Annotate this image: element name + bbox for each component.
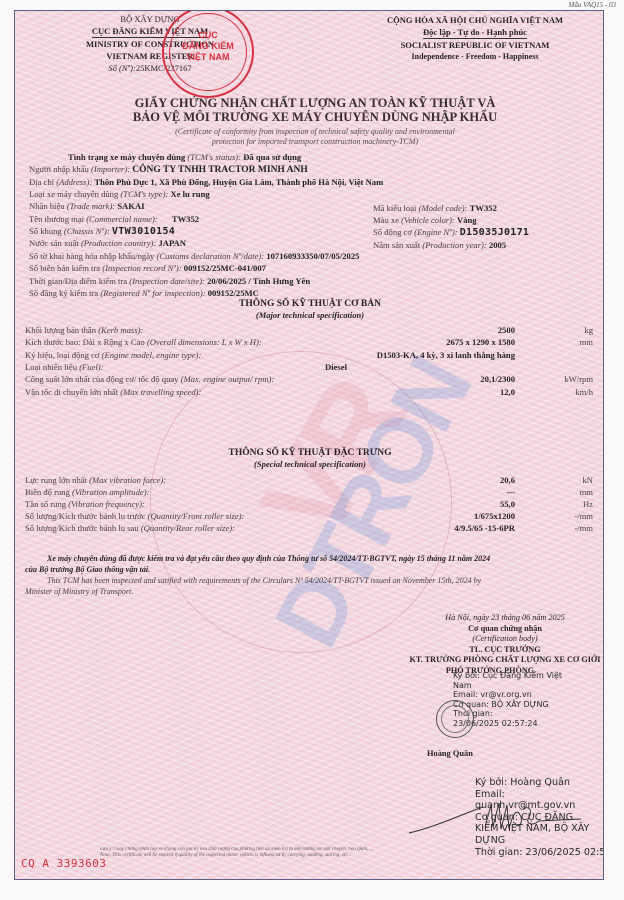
- seal-text-2: ĐĂNG KIỂM: [180, 41, 236, 52]
- field-status: Tình trạng xe máy chuyên dùng (TCM's sta…: [68, 151, 301, 163]
- spec-unit: mm: [543, 336, 593, 348]
- field-label-en: (Trade mark):: [67, 201, 115, 211]
- field-value: 009152/25MC: [208, 288, 259, 298]
- special-spec-subtitle: (Special technical specification): [15, 459, 604, 470]
- field-label-en: (TCM's type):: [120, 189, 168, 199]
- field-label-en: (Engine Nº):: [414, 227, 457, 237]
- spec-unit: Hz: [543, 498, 593, 510]
- field-production-year: Năm sản xuất (Production year): 2005: [373, 239, 506, 251]
- spec-row: Lực rung lớn nhất (Max vibration force):…: [25, 474, 595, 486]
- field-label: Màu xe: [373, 215, 399, 225]
- field-engine-number: Số động cơ (Engine Nº): D15035J0171: [373, 226, 529, 239]
- agency-seal-stamp: [436, 700, 474, 738]
- spec-row: Khối lượng bản thân (Kerb mass):2500kg: [25, 324, 595, 336]
- field-value: CÔNG TY TNHH TRACTOR MINH ANH: [132, 165, 308, 175]
- field-commercial-name: Tên thương mại (Commercial name): TW352: [29, 213, 199, 225]
- seal-text-1: CỤC: [180, 30, 236, 41]
- national-header: CỘNG HÒA XÃ HỘI CHỦ NGHĨA VIỆT NAM Độc l…: [345, 14, 604, 63]
- field-value: SAKAI: [117, 201, 144, 211]
- certificate-number-label: Số (Nº):: [108, 63, 135, 73]
- spec-value: Diesel: [325, 361, 347, 373]
- spec-label: Công suất lớn nhất của động cơ/ tốc độ q…: [25, 373, 274, 385]
- spec-label: Ký hiệu, loại động cơ (Engine model, eng…: [25, 349, 201, 361]
- note-vi-line-1: Xe máy chuyên dùng đã được kiểm tra và đ…: [25, 554, 585, 565]
- field-label: Số đăng ký kiểm tra: [29, 288, 98, 298]
- note-en-line-1: This TCM has been inspected and satified…: [25, 576, 585, 587]
- spec-label: Tần số rung (Vibration frequency):: [25, 498, 145, 510]
- spec-value: 4/9.5/65 -15-6PR: [454, 522, 515, 534]
- spec-value: 2675 x 1290 x 1580: [446, 336, 515, 348]
- field-label: Loại xe máy chuyên dùng: [29, 189, 118, 199]
- red-seal-stamp: CỤC ĐĂNG KIỂM VIỆT NAM: [162, 10, 254, 98]
- compliance-note-en: This TCM has been inspected and satified…: [25, 576, 585, 597]
- field-value: 20/06/2025 / Tỉnh Hưng Yên: [207, 276, 310, 286]
- field-vehicle-color: Màu xe (Vehicle color): Vàng: [373, 214, 477, 226]
- spec-unit: kg: [543, 324, 593, 336]
- field-label: Tên thương mại: [29, 214, 84, 224]
- spec-unit: -/mm: [543, 522, 593, 534]
- field-label: Nhãn hiệu: [29, 201, 65, 211]
- signer-name: Hoàng Quân: [427, 749, 473, 758]
- spec-value: 12,0: [500, 386, 515, 398]
- major-spec-subtitle: (Major technical specification): [15, 310, 604, 321]
- form-code: Mẫu VAQ15 - 03: [569, 1, 617, 9]
- field-value: VTW3010154: [112, 226, 175, 237]
- subtitle-line-1: (Certificate of conformity from inspecti…: [55, 127, 575, 137]
- spec-value: 55,0: [500, 498, 515, 510]
- field-value: Xe lu rung: [170, 189, 209, 199]
- certificate-title: GIẤY CHỨNG NHẬN CHẤT LƯỢNG AN TOÀN KỸ TH…: [35, 96, 595, 124]
- serial-number: CQ A 3393603: [21, 857, 106, 870]
- field-label: Số tờ khai hàng hóa nhập khẩu/ngày: [29, 251, 154, 261]
- digital-signature-person: Ký bởi: Hoàng Quân Email: quanh.vr@mt.go…: [475, 777, 604, 858]
- field-tcm-type: Loại xe máy chuyên dùng (TCM's type): Xe…: [29, 188, 210, 200]
- spec-unit: kN: [543, 474, 593, 486]
- field-inspection-date-site: Thời gian/Địa điểm kiểm tra (Inspection …: [29, 275, 310, 287]
- certification-body-en: (Certification body): [400, 634, 604, 645]
- field-label: Địa chỉ: [29, 177, 54, 187]
- signer-role-2: KT. TRƯỞNG PHÒNG CHẤT LƯỢNG XE CƠ GIỚI: [360, 655, 604, 666]
- spec-row: Số lượng/Kích thước bánh lu sau (Quantit…: [25, 522, 595, 534]
- spec-row: Công suất lớn nhất của động cơ/ tốc độ q…: [25, 373, 595, 385]
- spec-row: Số lượng/Kích thước bánh lu trước (Quant…: [25, 510, 595, 522]
- digi1-signed-by: Ký bởi: Cục Đăng Kiểm Việt Nam: [453, 671, 563, 690]
- field-value: Thôn Phù Dực 1, Xã Phù Đổng, Huyện Gia L…: [94, 177, 383, 187]
- spec-label: Kích thước bao: Dài x Rộng x Cao (Overal…: [25, 336, 262, 348]
- spec-value: 20,6: [500, 474, 515, 486]
- field-label: Số động cơ: [373, 227, 412, 237]
- field-label-en: (Registered Nº for inspection):: [100, 288, 205, 298]
- field-address: Địa chỉ (Address): Thôn Phù Dực 1, Xã Ph…: [29, 176, 383, 188]
- field-chassis: Số khung (Chassis Nº): VTW3010154: [29, 225, 175, 238]
- field-label-en: (Inspection date/site):: [129, 276, 205, 286]
- field-label-en: (Commercial name):: [86, 214, 158, 224]
- field-trademark: Nhãn hiệu (Trade mark): SAKAI: [29, 200, 145, 212]
- special-spec-heading: THÔNG SỐ KỸ THUẬT ĐẶC TRƯNG (Special tec…: [15, 448, 604, 470]
- signature-block: Hà Nội, ngày 23 tháng 06 năm 2025 Cơ qua…: [400, 613, 604, 676]
- field-label-en: (Model code):: [419, 203, 468, 213]
- spec-label: Vận tốc di chuyển lớn nhất (Max travelli…: [25, 386, 201, 398]
- spec-unit: kW/rpm: [543, 373, 593, 385]
- title-line-2: BẢO VỆ MÔI TRƯỜNG XE MÁY CHUYÊN DÙNG NHẬ…: [35, 110, 595, 124]
- title-line-1: GIẤY CHỨNG NHẬN CHẤT LƯỢNG AN TOÀN KỸ TH…: [35, 96, 595, 110]
- certification-body-vi: Cơ quan chứng nhận: [400, 624, 604, 635]
- field-value: Đã qua sử dụng: [243, 152, 301, 162]
- spec-value: 2500: [498, 324, 515, 336]
- field-label: Số khung: [29, 226, 62, 236]
- spec-label: Biên độ rung (Vibration amplitude):: [25, 486, 149, 498]
- spec-label: Loại nhiên liệu (Fuel):: [25, 361, 104, 373]
- field-importer: Người nhập khẩu (Importer): CÔNG TY TNHH…: [29, 163, 308, 176]
- certificate-sheet: VR DTRON BỘ XÂY DỰNG CỤC ĐĂNG KIỂM VIỆT …: [14, 10, 604, 880]
- major-spec-heading: THÔNG SỐ KỸ THUẬT CƠ BẢN (Major technica…: [15, 299, 604, 321]
- spec-value: 1/675x1200: [474, 510, 515, 522]
- field-label-en: (Vehicle color):: [401, 215, 455, 225]
- field-label: Số biên bản kiểm tra: [29, 263, 100, 273]
- field-value: D15035J0171: [460, 227, 530, 238]
- note-en-line-2: Minister of Ministry of Transport.: [25, 587, 585, 598]
- field-value: 009152/25MC-041/007: [184, 263, 266, 273]
- spec-unit: -/mm: [543, 510, 593, 522]
- seal-text-3: VIỆT NAM: [180, 52, 236, 63]
- spec-label: Lực rung lớn nhất (Max vibration force):: [25, 474, 166, 486]
- field-value: JAPAN: [158, 238, 186, 248]
- spec-row: Tần số rung (Vibration frequency):55,0Hz: [25, 498, 595, 510]
- spec-unit: mm: [543, 486, 593, 498]
- digi2-email-label: Email:: [475, 789, 604, 801]
- major-spec-title: THÔNG SỐ KỸ THUẬT CƠ BẢN: [15, 299, 604, 310]
- field-label: Người nhập khẩu: [29, 164, 89, 174]
- motto-vi: Độc lập - Tự do - Hạnh phúc: [423, 26, 527, 39]
- field-label-en: (Importer):: [91, 164, 130, 174]
- field-inspection-record: Số biên bản kiểm tra (Inspection record …: [29, 262, 266, 274]
- certificate-subtitle: (Certificate of conformity from inspecti…: [55, 127, 575, 147]
- field-label-en: (TCM's status):: [187, 152, 241, 162]
- digi1-email: Email: vr@vr.org.vn: [453, 690, 563, 700]
- field-model-code: Mã kiểu loại (Model code): TW352: [373, 202, 497, 214]
- spec-value: 20,1/2300: [480, 373, 515, 385]
- field-label-en: (Address):: [56, 177, 92, 187]
- field-label-en: (Production country):: [81, 238, 156, 248]
- field-value: 107160933350/07/05/2025: [266, 251, 359, 261]
- spec-row: Loại nhiên liệu (Fuel):Diesel: [25, 361, 595, 373]
- field-label-en: (Chassis Nº):: [64, 226, 110, 236]
- spec-label: Số lượng/Kích thước bánh lu sau (Quantit…: [25, 522, 235, 534]
- footnote: Lưu ý: Giấy chứng nhận này sẽ không còn …: [100, 847, 520, 859]
- field-value: 2005: [489, 240, 506, 250]
- country-vi: CỘNG HÒA XÃ HỘI CHỦ NGHĨA VIỆT NAM: [345, 14, 604, 26]
- compliance-note-vi: Xe máy chuyên dùng đã được kiểm tra và đ…: [25, 554, 585, 575]
- field-customs-declaration: Số tờ khai hàng hóa nhập khẩu/ngày (Cust…: [29, 250, 359, 262]
- note-vi-line-2: của Bộ trưởng Bộ Giao thông vận tải.: [25, 565, 585, 576]
- spec-row: Biên độ rung (Vibration amplitude):---mm: [25, 486, 595, 498]
- place-date: Hà Nội, ngày 23 tháng 06 năm 2025: [400, 613, 604, 624]
- footnote-en: Note: This certificate will be expired i…: [100, 853, 520, 859]
- spec-unit: km/h: [543, 386, 593, 398]
- field-label: Năm sản xuất: [373, 240, 420, 250]
- spec-row: Vận tốc di chuyển lớn nhất (Max travelli…: [25, 386, 595, 398]
- field-label: Nước sản xuất: [29, 238, 79, 248]
- spec-label: Số lượng/Kích thước bánh lu trước (Quant…: [25, 510, 244, 522]
- spec-row: Kích thước bao: Dài x Rộng x Cao (Overal…: [25, 336, 595, 348]
- digi2-signed-by: Ký bởi: Hoàng Quân: [475, 777, 604, 789]
- field-value: TW352: [470, 203, 497, 213]
- digi2-org: Cơ quan: CỤC ĐĂNG KIỂM VIỆT NAM, BỘ XÂY …: [475, 812, 595, 847]
- field-label-en: (Production year):: [422, 240, 486, 250]
- field-value: TW352: [172, 214, 199, 224]
- digi2-email: quanh.vr@mt.gov.vn: [475, 800, 604, 812]
- motto-en: Independence - Freedom - Happiness: [345, 51, 604, 63]
- special-spec-title: THÔNG SỐ KỸ THUẬT ĐẶC TRƯNG: [15, 448, 604, 459]
- field-value: Vàng: [457, 215, 477, 225]
- field-label: Mã kiểu loại: [373, 203, 416, 213]
- field-label: Tình trạng xe máy chuyên dùng: [68, 152, 185, 162]
- field-production-country: Nước sản xuất (Production country): JAPA…: [29, 237, 186, 249]
- signer-role-1: TL. CỤC TRƯỞNG: [400, 645, 604, 656]
- spec-row: Ký hiệu, loại động cơ (Engine model, eng…: [25, 349, 595, 361]
- field-registered-number: Số đăng ký kiểm tra (Registered Nº for i…: [29, 287, 259, 299]
- spec-value: ---: [506, 486, 515, 498]
- field-label-en: (Customs declaration Nº/date):: [156, 251, 264, 261]
- subtitle-line-2: protection for imported transport constr…: [55, 137, 575, 147]
- spec-label: Khối lượng bản thân (Kerb mass):: [25, 324, 143, 336]
- field-label: Thời gian/Địa điểm kiểm tra: [29, 276, 127, 286]
- field-label-en: (Inspection record Nº):: [102, 263, 181, 273]
- spec-value: D1503-KA, 4 kỳ, 3 xi lanh thẳng hàng: [377, 349, 515, 361]
- country-en: SOCIALIST REPUBLIC OF VIETNAM: [345, 39, 604, 51]
